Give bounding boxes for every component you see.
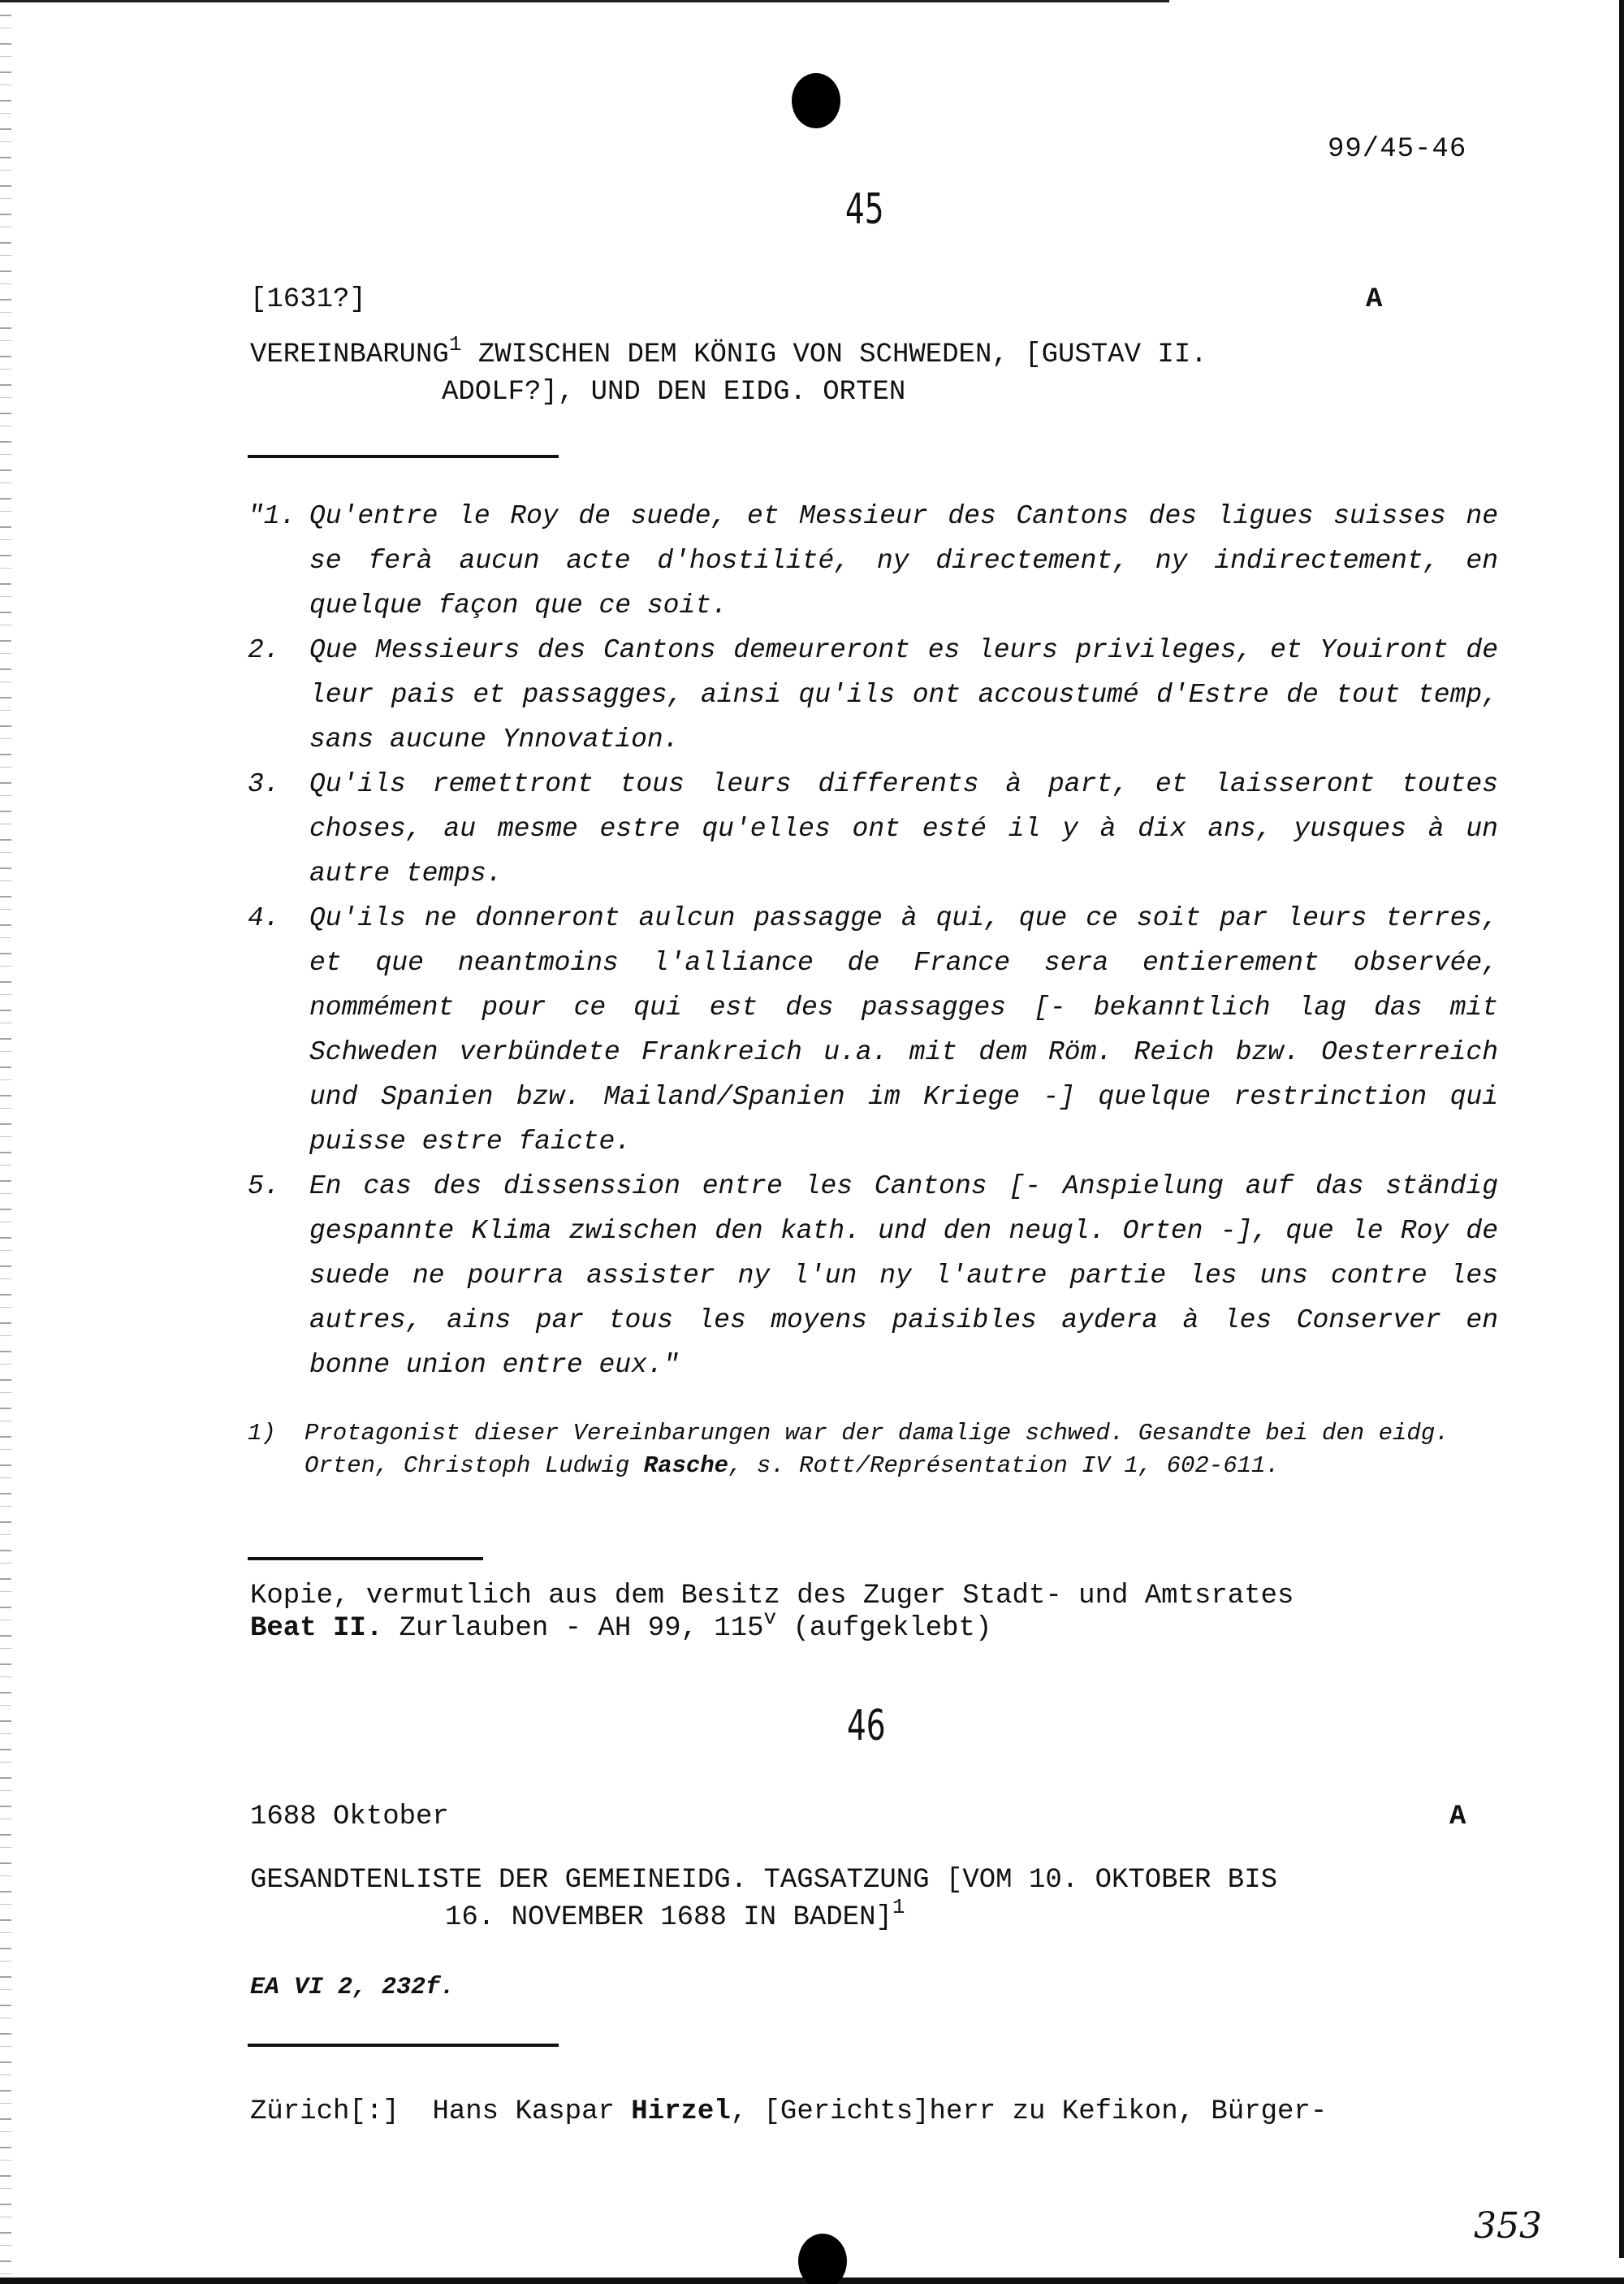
entry-type-marker: A <box>1366 284 1382 315</box>
envoy-text: Hans Kaspar <box>400 2096 632 2127</box>
article-number: 2. <box>248 628 309 762</box>
article-text: Qu'ils ne donneront aulcun passagge à qu… <box>309 896 1498 1164</box>
envoy-entry: Zürich[:] Hans Kaspar Hirzel, [Gerichts]… <box>250 2096 1327 2128</box>
article-text: En cas des dissenssion entre les Cantons… <box>309 1164 1498 1387</box>
article-number: 4. <box>248 896 309 1164</box>
source-line: Kopie, vermutlich aus dem Besitz des Zug… <box>250 1580 1501 1612</box>
entry-date: 1688 Oktober <box>250 1802 449 1832</box>
entry-type-marker: A <box>1449 1802 1466 1832</box>
footnote-number: 1) <box>248 1417 304 1482</box>
scan-edge-artifact <box>0 0 11 2284</box>
footnote-person-name: Rasche <box>644 1452 728 1479</box>
envoy-text: , [Gerichts]herr zu Kefikon, Bürger- <box>731 2096 1328 2127</box>
separator-rule <box>248 2044 559 2047</box>
document-reference: 99/45-46 <box>1328 134 1466 165</box>
source-text: (aufgeklebt) <box>776 1613 991 1644</box>
entry-number-46: 46 <box>847 1702 886 1750</box>
article-item: 5.En cas des dissenssion entre les Canto… <box>248 1164 1498 1387</box>
page-edge-top <box>0 0 1169 2</box>
agreement-articles: "1.Qu'entre le Roy de suede, et Messieur… <box>248 494 1498 1387</box>
article-text: Qu'ils remettront tous leurs differents … <box>309 762 1498 896</box>
article-number: 3. <box>248 762 309 896</box>
entry-number-45: 45 <box>845 185 884 234</box>
article-number: 5. <box>248 1164 309 1387</box>
article-item: "1.Qu'entre le Roy de suede, et Messieur… <box>248 494 1498 628</box>
punch-hole-top <box>792 73 840 128</box>
entry-title: GESANDTENLISTE DER GEMEINEIDG. TAGSATZUN… <box>250 1862 1517 1936</box>
entry-title: VEREINBARUNG1 ZWISCHEN DEM KÖNIG VON SCH… <box>250 336 1501 411</box>
title-text: ZWISCHEN DEM KÖNIG VON SCHWEDEN, [GUSTAV… <box>461 340 1207 370</box>
footnote-ref: 1 <box>449 332 462 357</box>
separator-rule <box>248 1557 483 1560</box>
citation: EA VI 2, 232f. <box>250 1974 455 2001</box>
envoy-surname: Hirzel <box>631 2096 730 2127</box>
title-text: 16. NOVEMBER 1688 IN BADEN] <box>445 1902 892 1933</box>
source-text: Zurlauben - AH 99, 115 <box>382 1613 763 1644</box>
footnote-text: Protagonist dieser Vereinbarungen war de… <box>304 1417 1498 1482</box>
page-edge-right <box>1619 0 1624 2258</box>
title-text: GESANDTENLISTE DER GEMEINEIDG. TAGSATZUN… <box>250 1862 1517 1899</box>
footnote-ref: 1 <box>892 1895 905 1919</box>
entry-date: [1631?] <box>250 284 366 315</box>
source-note: Kopie, vermutlich aus dem Besitz des Zug… <box>250 1580 1501 1645</box>
handwritten-page-number: 353 <box>1474 2205 1542 2247</box>
canton-name: Zürich[:] <box>250 2096 400 2127</box>
footnote: 1) Protagonist dieser Vereinbarungen war… <box>248 1417 1498 1482</box>
title-text: VEREINBARUNG <box>250 340 449 370</box>
footnote-text-part: , s. Rott/Représentation IV 1, 602-611. <box>728 1452 1280 1479</box>
source-line: Beat II. Zurlauben - AH 99, 115v (aufgek… <box>250 1612 1501 1645</box>
article-number: "1. <box>248 494 309 628</box>
article-item: 4.Qu'ils ne donneront aulcun passagge à … <box>248 896 1498 1164</box>
separator-rule <box>248 455 559 458</box>
punch-hole-bottom <box>798 2234 847 2284</box>
title-text: ADOLF?], UND DEN EIDG. ORTEN <box>250 374 1501 411</box>
article-item: 2.Que Messieurs des Cantons demeureront … <box>248 628 1498 762</box>
source-bold: Beat II. <box>250 1613 382 1644</box>
article-item: 3.Qu'ils remettront tous leurs different… <box>248 762 1498 896</box>
folio-verso-mark: v <box>764 1606 777 1630</box>
article-text: Que Messieurs des Cantons demeureront es… <box>309 628 1498 762</box>
article-text: Qu'entre le Roy de suede, et Messieur de… <box>309 494 1498 628</box>
